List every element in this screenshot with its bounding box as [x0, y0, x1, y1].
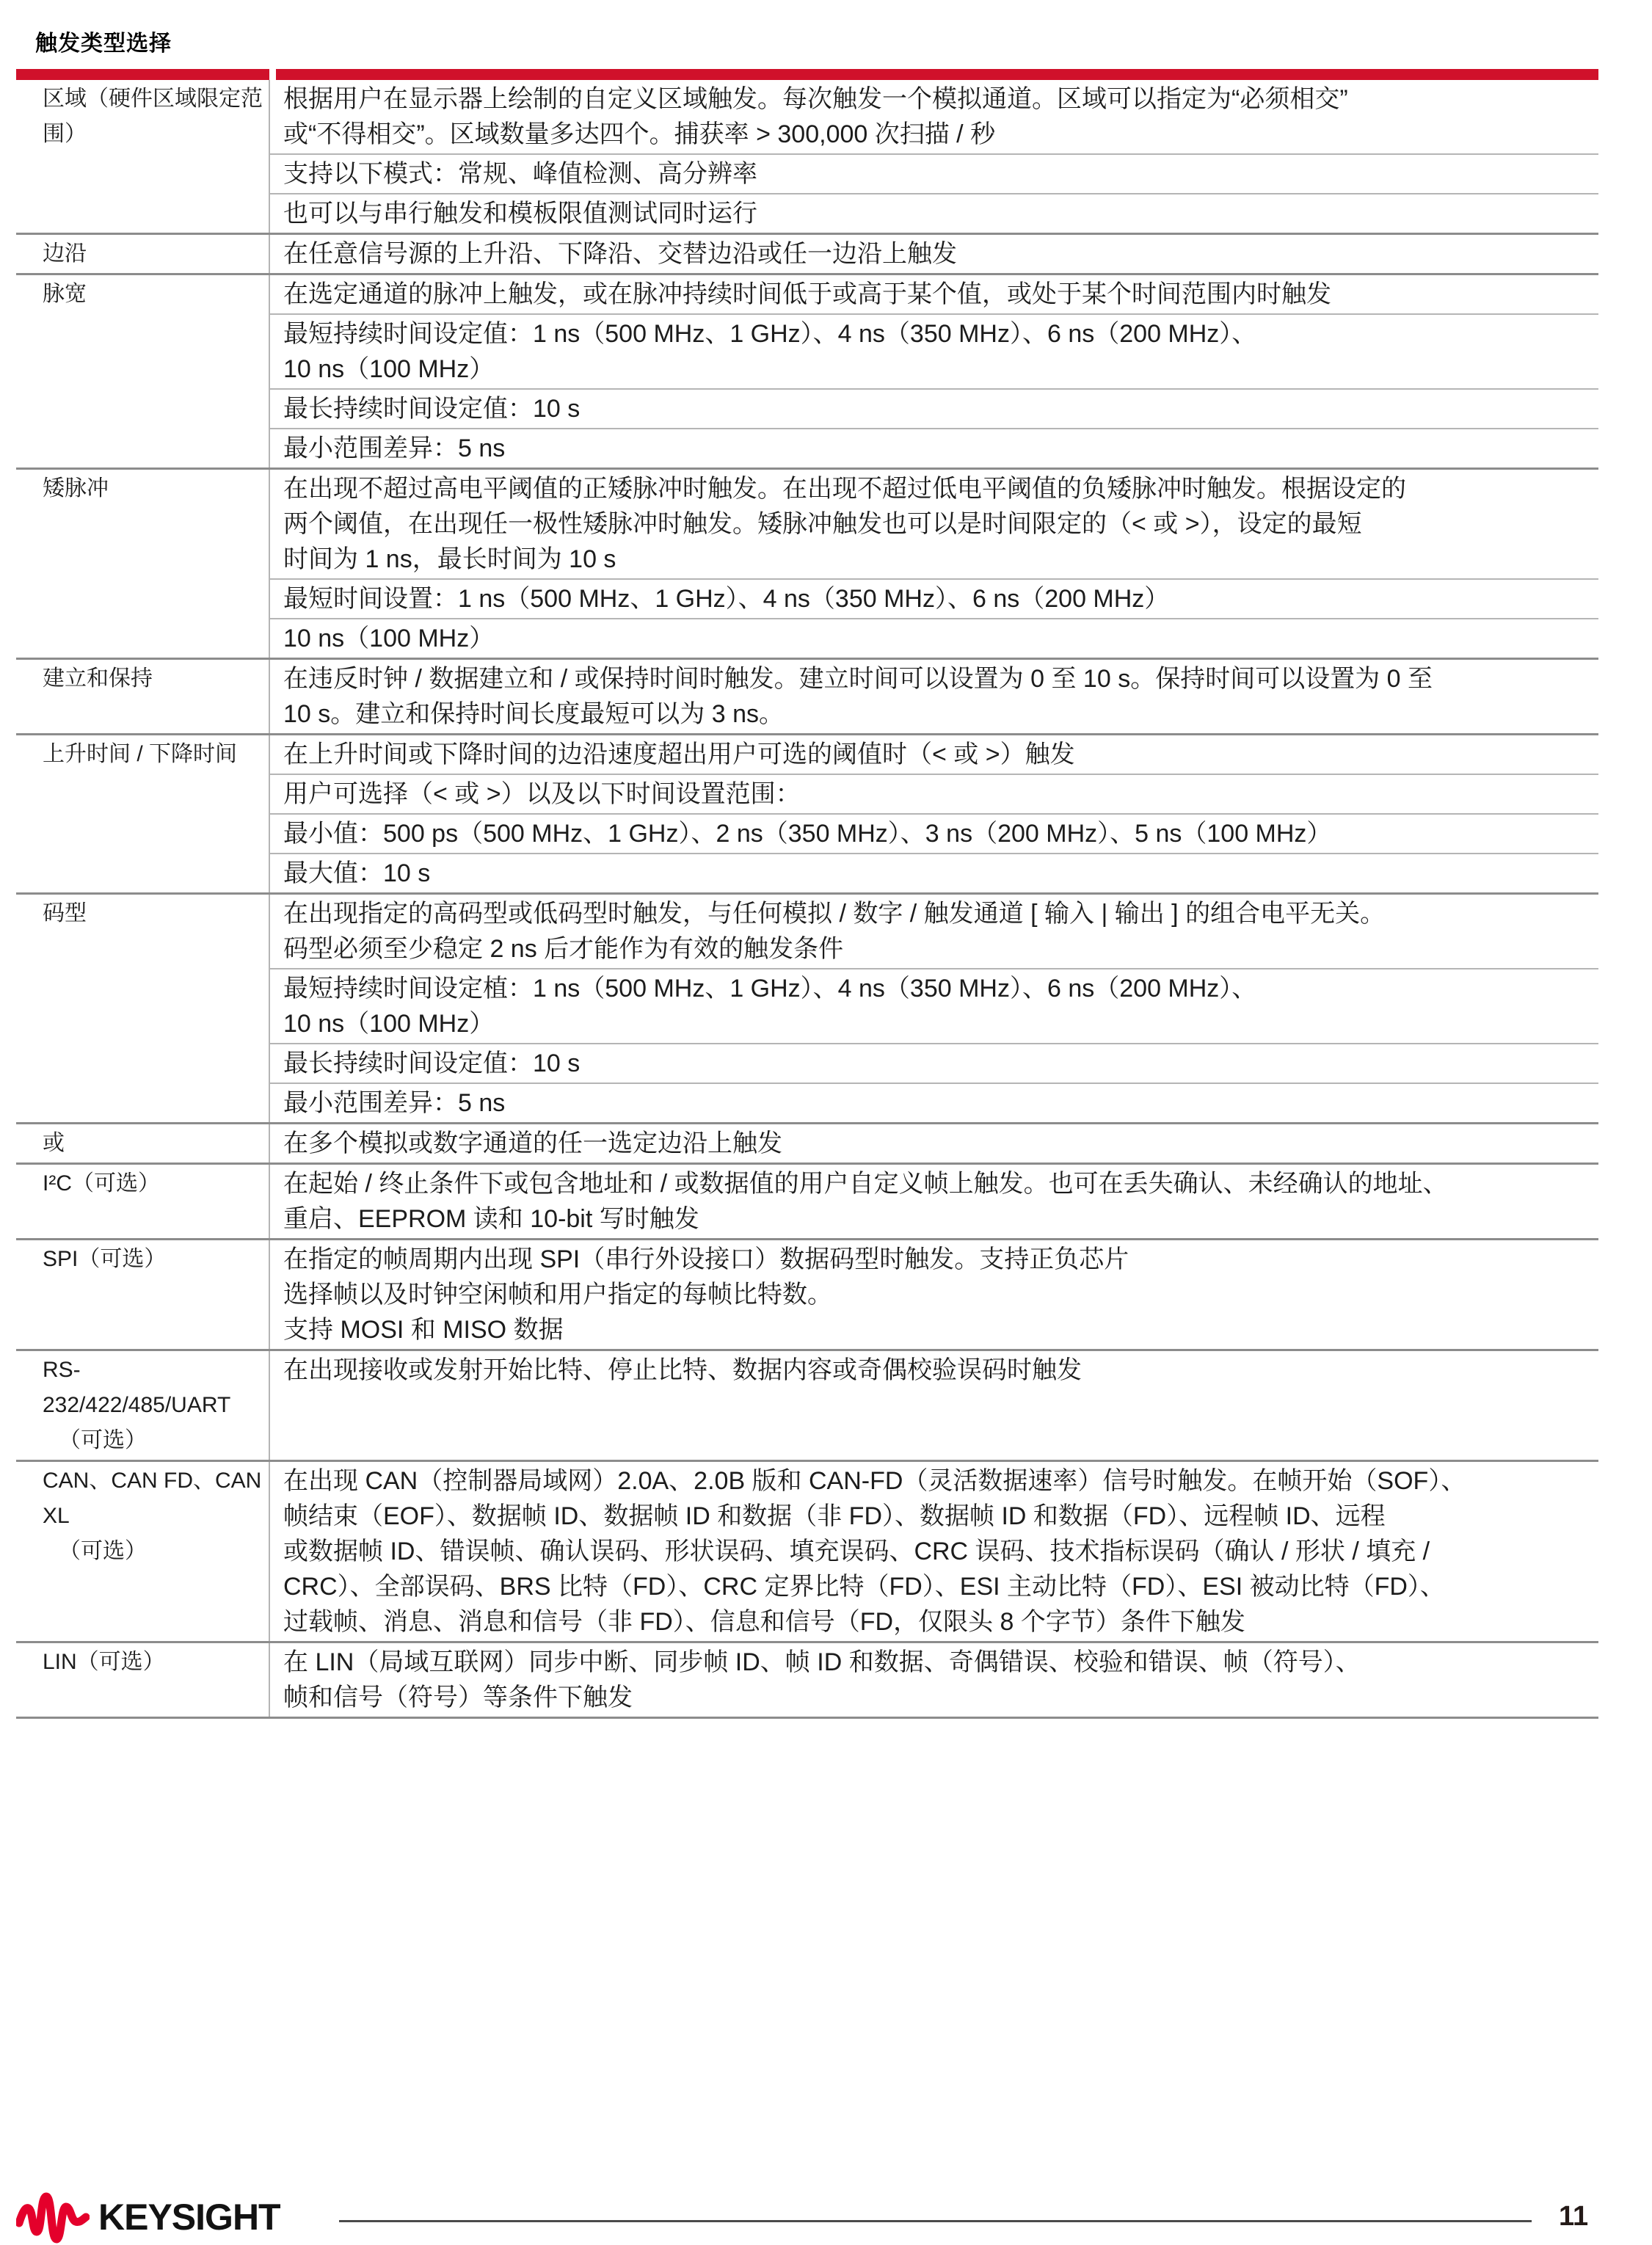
spec-cell: 在出现指定的高码型或低码型时触发，与任何模拟 / 数字 / 触发通道 [ 输入 …: [270, 895, 1598, 969]
row-label: I²C（可选）: [16, 1165, 270, 1238]
table-row: LIN（可选） 在 LIN（局域互联网）同步中断、同步帧 ID、帧 ID 和数据…: [16, 1643, 1598, 1719]
row-content: 在出现 CAN（控制器局域网）2.0A、2.0B 版和 CAN-FD（灵活数据速…: [270, 1462, 1598, 1641]
spec-line: 时间为 1 ns，最长时间为 10 s: [283, 542, 1591, 577]
spec-cell: 最短持续时间设定植：1 ns（500 MHz、1 GHz）、4 ns（350 M…: [270, 969, 1598, 1044]
keysight-spark-icon: [16, 2191, 90, 2244]
header-bar-right-segment: [276, 69, 1598, 80]
footer-rule: [339, 2220, 1532, 2222]
row-content: 在任意信号源的上升沿、下降沿、交替边沿或任一边沿上触发: [270, 235, 1598, 273]
spec-cell: 最小范围差异：5 ns: [270, 1084, 1598, 1122]
page-title: 触发类型选择: [35, 25, 172, 57]
row-content: 在出现指定的高码型或低码型时触发，与任何模拟 / 数字 / 触发通道 [ 输入 …: [270, 895, 1598, 1122]
spec-cell: 最短持续时间设定值：1 ns（500 MHz、1 GHz）、4 ns（350 M…: [270, 315, 1598, 390]
row-content: 在上升时间或下降时间的边沿速度超出用户可选的阈值时（< 或 >）触发用户可选择（…: [270, 735, 1598, 892]
row-label-line: 区域（硬件区域限定范围）: [43, 81, 263, 152]
table-row: 区域（硬件区域限定范围） 根据用户在显示器上绘制的自定义区域触发。每次触发一个模…: [16, 80, 1598, 235]
keysight-logo: KEYSIGHT: [16, 2191, 280, 2244]
spec-cell: 最大值：10 s: [270, 854, 1598, 892]
spec-line: 最短持续时间设定植：1 ns（500 MHz、1 GHz）、4 ns（350 M…: [283, 971, 1591, 1006]
spec-line: 在任意信号源的上升沿、下降沿、交替边沿或任一边沿上触发: [283, 236, 1591, 272]
row-label: 上升时间 / 下降时间: [16, 735, 270, 892]
row-label: SPI（可选）: [16, 1240, 270, 1349]
row-label: RS-232/422/485/UART（可选）: [16, 1351, 270, 1460]
spec-cell: 在起始 / 终止条件下或包含地址和 / 或数据值的用户自定义帧上触发。也可在丢失…: [270, 1165, 1598, 1238]
table-row: 建立和保持 在违反时钟 / 数据建立和 / 或保持时间时触发。建立时间可以设置为…: [16, 660, 1598, 735]
row-content: 在选定通道的脉冲上触发，或在脉冲持续时间低于或高于某个值，或处于某个时间范围内时…: [270, 275, 1598, 467]
spec-cell: 在出现 CAN（控制器局域网）2.0A、2.0B 版和 CAN-FD（灵活数据速…: [270, 1462, 1598, 1641]
spec-cell: 最长持续时间设定值：10 s: [270, 390, 1598, 429]
spec-line: 在上升时间或下降时间的边沿速度超出用户可选的阈值时（< 或 >）触发: [283, 737, 1591, 772]
row-label-line: 上升时间 / 下降时间: [43, 737, 263, 772]
spec-line: 最小范围差异：5 ns: [283, 1085, 1591, 1121]
spec-line: 最长持续时间设定值：10 s: [283, 1046, 1591, 1081]
row-label-line: CAN、CAN FD、CAN XL: [43, 1463, 263, 1534]
row-label-line: LIN（可选）: [43, 1645, 263, 1680]
spec-line: 支持以下模式：常规、峰值检测、高分辨率: [283, 156, 1591, 192]
spec-line: 也可以与串行触发和模板限值测试同时运行: [283, 196, 1591, 231]
spec-line: 最大值：10 s: [283, 856, 1591, 891]
row-label: 矮脉冲: [16, 470, 270, 658]
spec-line: 在出现指定的高码型或低码型时触发，与任何模拟 / 数字 / 触发通道 [ 输入 …: [283, 896, 1591, 931]
spec-cell: 最短时间设置：1 ns（500 MHz、1 GHz）、4 ns（350 MHz）…: [270, 580, 1598, 619]
row-label-line: （可选）: [43, 1534, 263, 1569]
row-label-line: 码型: [43, 896, 263, 931]
spec-line: 或数据帧 ID、错误帧、确认误码、形状误码、填充误码、CRC 误码、技术指标误码…: [283, 1534, 1591, 1569]
spec-line: 在起始 / 终止条件下或包含地址和 / 或数据值的用户自定义帧上触发。也可在丢失…: [283, 1166, 1591, 1201]
table-row: I²C（可选） 在起始 / 终止条件下或包含地址和 / 或数据值的用户自定义帧上…: [16, 1165, 1598, 1240]
spec-cell: 在出现接收或发射开始比特、停止比特、数据内容或奇偶校验误码时触发: [270, 1351, 1598, 1460]
spec-line: 最短时间设置：1 ns（500 MHz、1 GHz）、4 ns（350 MHz）…: [283, 581, 1591, 616]
spec-line: 在选定通道的脉冲上触发，或在脉冲持续时间低于或高于某个值，或处于某个时间范围内时…: [283, 277, 1591, 312]
spec-line: 支持 MOSI 和 MISO 数据: [283, 1312, 1591, 1347]
row-label-line: I²C（可选）: [43, 1166, 263, 1201]
spec-line: 10 s。建立和保持时间长度最短可以为 3 ns。: [283, 696, 1591, 732]
row-content: 根据用户在显示器上绘制的自定义区域触发。每次触发一个模拟通道。区域可以指定为“必…: [270, 80, 1598, 233]
row-label: 或: [16, 1124, 270, 1162]
row-content: 在指定的帧周期内出现 SPI（串行外设接口）数据码型时触发。支持正负芯片选择帧以…: [270, 1240, 1598, 1349]
spec-line: 10 ns（100 MHz）: [283, 621, 1591, 656]
header-bar-left-segment: [16, 69, 269, 80]
row-label-line: 或: [43, 1126, 263, 1161]
spec-line: 帧结束（EOF）、数据帧 ID、数据帧 ID 和数据（非 FD）、数据帧 ID …: [283, 1499, 1591, 1534]
row-label: 脉宽: [16, 275, 270, 467]
brand-name: KEYSIGHT: [98, 2196, 280, 2238]
spec-cell: 用户可选择（< 或 >）以及以下时间设置范围：: [270, 775, 1598, 815]
row-label: 建立和保持: [16, 660, 270, 733]
row-label: 边沿: [16, 235, 270, 273]
spec-line: CRC）、全部误码、BRS 比特（FD）、CRC 定界比特（FD）、ESI 主动…: [283, 1569, 1591, 1604]
spec-line: 在指定的帧周期内出现 SPI（串行外设接口）数据码型时触发。支持正负芯片: [283, 1242, 1591, 1277]
spec-cell: 最小范围差异：5 ns: [270, 429, 1598, 467]
row-label: CAN、CAN FD、CAN XL（可选）: [16, 1462, 270, 1641]
spec-line: 两个阈值，在出现任一极性矮脉冲时触发。矮脉冲触发也可以是时间限定的（< 或 >）…: [283, 506, 1591, 542]
row-content: 在出现不超过高电平阈值的正矮脉冲时触发。在出现不超过低电平阈值的负矮脉冲时触发。…: [270, 470, 1598, 658]
table-row: 或 在多个模拟或数字通道的任一选定边沿上触发: [16, 1124, 1598, 1165]
row-content: 在 LIN（局域互联网）同步中断、同步帧 ID、帧 ID 和数据、奇偶错误、校验…: [270, 1643, 1598, 1717]
table-header-bar: [16, 69, 1598, 80]
table-row: RS-232/422/485/UART（可选） 在出现接收或发射开始比特、停止比…: [16, 1351, 1598, 1462]
table-row: SPI（可选） 在指定的帧周期内出现 SPI（串行外设接口）数据码型时触发。支持…: [16, 1240, 1598, 1351]
spec-line: 在 LIN（局域互联网）同步中断、同步帧 ID、帧 ID 和数据、奇偶错误、校验…: [283, 1645, 1591, 1680]
spec-line: 码型必须至少稳定 2 ns 后才能作为有效的触发条件: [283, 931, 1591, 967]
spec-line: 在出现 CAN（控制器局域网）2.0A、2.0B 版和 CAN-FD（灵活数据速…: [283, 1463, 1591, 1499]
spec-cell: 最小值：500 ps（500 MHz、1 GHz）、2 ns（350 MHz）、…: [270, 815, 1598, 854]
spec-line: 根据用户在显示器上绘制的自定义区域触发。每次触发一个模拟通道。区域可以指定为“必…: [283, 81, 1591, 117]
spec-cell: 根据用户在显示器上绘制的自定义区域触发。每次触发一个模拟通道。区域可以指定为“必…: [270, 80, 1598, 155]
row-label-line: 脉宽: [43, 277, 263, 312]
spec-line: 在出现不超过高电平阈值的正矮脉冲时触发。在出现不超过低电平阈值的负矮脉冲时触发。…: [283, 471, 1591, 506]
spec-cell: 10 ns（100 MHz）: [270, 619, 1598, 658]
table-row: CAN、CAN FD、CAN XL（可选） 在出现 CAN（控制器局域网）2.0…: [16, 1462, 1598, 1643]
spec-line: 过载帧、消息、消息和信号（非 FD）、信息和信号（FD，仅限头 8 个字节）条件…: [283, 1604, 1591, 1640]
row-label-line: SPI（可选）: [43, 1242, 263, 1277]
spec-line: 或“不得相交”。区域数量多达四个。捕获率 > 300,000 次扫描 / 秒: [283, 117, 1591, 152]
row-label-line: 边沿: [43, 236, 263, 272]
trigger-type-table: 区域（硬件区域限定范围） 根据用户在显示器上绘制的自定义区域触发。每次触发一个模…: [16, 69, 1598, 1719]
row-content: 在违反时钟 / 数据建立和 / 或保持时间时触发。建立时间可以设置为 0 至 1…: [270, 660, 1598, 733]
spec-line: 在多个模拟或数字通道的任一选定边沿上触发: [283, 1126, 1591, 1161]
spec-cell: 在任意信号源的上升沿、下降沿、交替边沿或任一边沿上触发: [270, 235, 1598, 273]
spec-line: 重启、EEPROM 读和 10-bit 写时触发: [283, 1201, 1591, 1237]
spec-line: 选择帧以及时钟空闲帧和用户指定的每帧比特数。: [283, 1277, 1591, 1312]
spec-line: 最短持续时间设定值：1 ns（500 MHz、1 GHz）、4 ns（350 M…: [283, 316, 1591, 352]
table-row: 矮脉冲 在出现不超过高电平阈值的正矮脉冲时触发。在出现不超过低电平阈值的负矮脉冲…: [16, 470, 1598, 660]
spec-cell: 在上升时间或下降时间的边沿速度超出用户可选的阈值时（< 或 >）触发: [270, 735, 1598, 775]
spec-line: 最小值：500 ps（500 MHz、1 GHz）、2 ns（350 MHz）、…: [283, 816, 1591, 851]
spec-line: 用户可选择（< 或 >）以及以下时间设置范围：: [283, 776, 1591, 812]
spec-cell: 在指定的帧周期内出现 SPI（串行外设接口）数据码型时触发。支持正负芯片选择帧以…: [270, 1240, 1598, 1349]
row-content: 在起始 / 终止条件下或包含地址和 / 或数据值的用户自定义帧上触发。也可在丢失…: [270, 1165, 1598, 1238]
spec-line: 最长持续时间设定值：10 s: [283, 391, 1591, 426]
table-row: 码型 在出现指定的高码型或低码型时触发，与任何模拟 / 数字 / 触发通道 [ …: [16, 895, 1598, 1124]
spec-cell: 也可以与串行触发和模板限值测试同时运行: [270, 194, 1598, 233]
spec-line: 10 ns（100 MHz）: [283, 352, 1591, 387]
spec-cell: 支持以下模式：常规、峰值检测、高分辨率: [270, 155, 1598, 194]
row-label-line: （可选）: [43, 1423, 263, 1458]
row-label: 区域（硬件区域限定范围）: [16, 80, 270, 233]
page-number: 11: [1559, 2201, 1588, 2233]
spec-line: 在违反时钟 / 数据建立和 / 或保持时间时触发。建立时间可以设置为 0 至 1…: [283, 661, 1591, 696]
spec-line: 10 ns（100 MHz）: [283, 1006, 1591, 1041]
spec-line: 帧和信号（符号）等条件下触发: [283, 1680, 1591, 1715]
row-label-line: 矮脉冲: [43, 471, 263, 506]
spec-cell: 在多个模拟或数字通道的任一选定边沿上触发: [270, 1124, 1598, 1162]
spec-cell: 最长持续时间设定值：10 s: [270, 1044, 1598, 1084]
page-footer: KEYSIGHT 11: [0, 2183, 1652, 2245]
table-row: 边沿 在任意信号源的上升沿、下降沿、交替边沿或任一边沿上触发: [16, 235, 1598, 275]
row-content: 在出现接收或发射开始比特、停止比特、数据内容或奇偶校验误码时触发: [270, 1351, 1598, 1460]
table-row: 脉宽 在选定通道的脉冲上触发，或在脉冲持续时间低于或高于某个值，或处于某个时间范…: [16, 275, 1598, 470]
row-label-line: RS-232/422/485/UART: [43, 1353, 263, 1423]
spec-line: 最小范围差异：5 ns: [283, 431, 1591, 466]
row-label-line: 建立和保持: [43, 661, 263, 696]
row-content: 在多个模拟或数字通道的任一选定边沿上触发: [270, 1124, 1598, 1162]
spec-cell: 在选定通道的脉冲上触发，或在脉冲持续时间低于或高于某个值，或处于某个时间范围内时…: [270, 275, 1598, 315]
spec-line: 在出现接收或发射开始比特、停止比特、数据内容或奇偶校验误码时触发: [283, 1353, 1591, 1388]
spec-cell: 在违反时钟 / 数据建立和 / 或保持时间时触发。建立时间可以设置为 0 至 1…: [270, 660, 1598, 733]
table-body: 区域（硬件区域限定范围） 根据用户在显示器上绘制的自定义区域触发。每次触发一个模…: [16, 80, 1598, 1719]
row-label: 码型: [16, 895, 270, 1122]
spec-cell: 在 LIN（局域互联网）同步中断、同步帧 ID、帧 ID 和数据、奇偶错误、校验…: [270, 1643, 1598, 1717]
spec-cell: 在出现不超过高电平阈值的正矮脉冲时触发。在出现不超过低电平阈值的负矮脉冲时触发。…: [270, 470, 1598, 580]
row-label: LIN（可选）: [16, 1643, 270, 1717]
table-row: 上升时间 / 下降时间 在上升时间或下降时间的边沿速度超出用户可选的阈值时（< …: [16, 735, 1598, 895]
